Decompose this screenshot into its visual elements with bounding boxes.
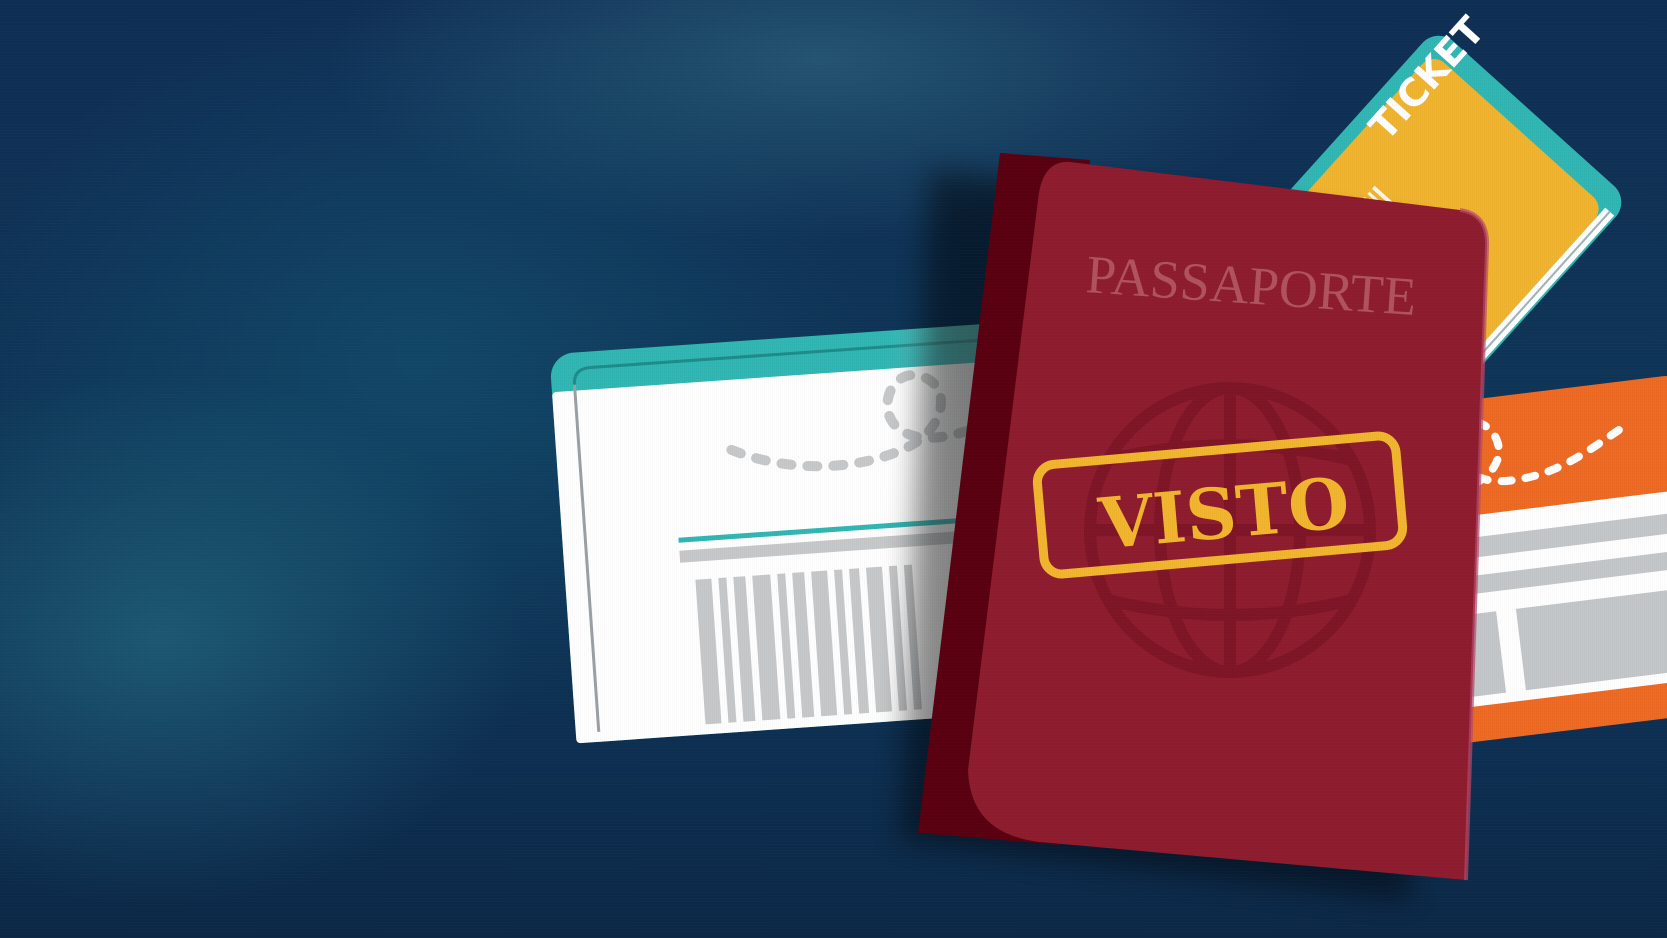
- passport: PASSAPORTE VISTO: [918, 153, 1487, 880]
- travel-documents-illustration: TICKET: [0, 0, 1667, 938]
- illustration-scene: TICKET: [0, 0, 1667, 938]
